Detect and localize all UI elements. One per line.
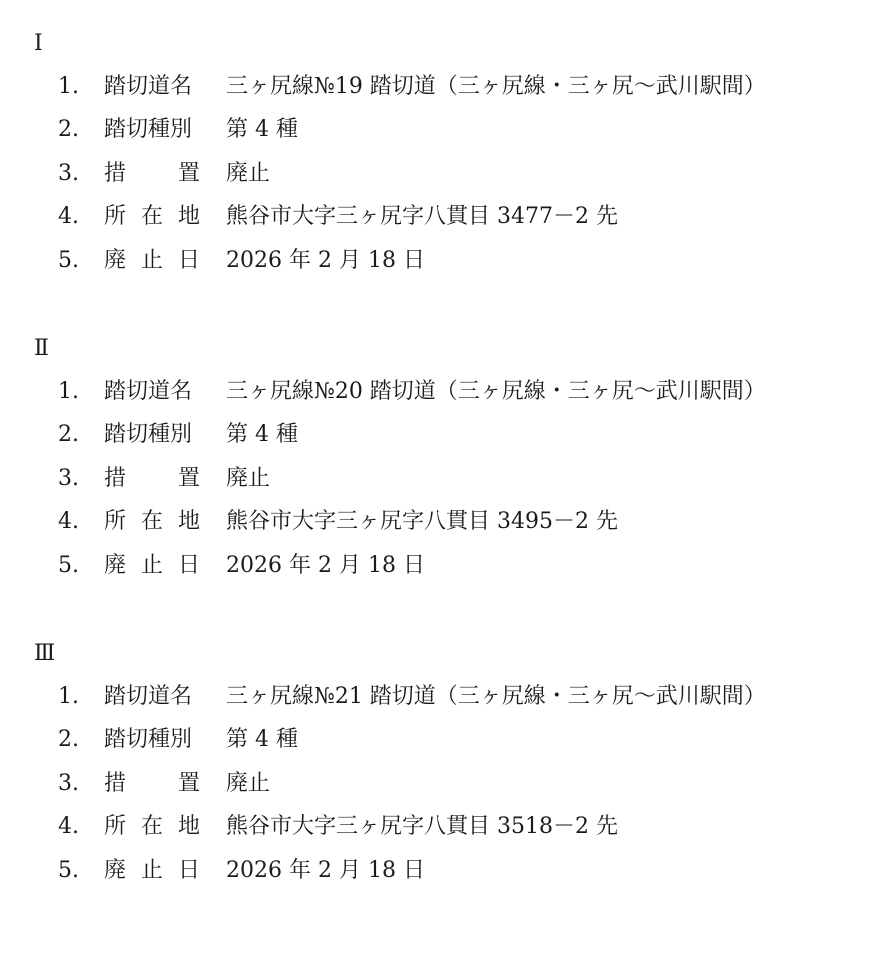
item-value: 第 4 種 [226,420,298,450]
label-char: 在 [141,507,163,537]
section-heading: Ⅰ [34,28,43,58]
item-value: 2026 年 2 月 18 日 [226,856,425,886]
item-row-crossing-name: 1. 踏切道名 三ヶ尻線№21 踏切道（三ヶ尻線・三ヶ尻～武川駅間） [0,682,892,712]
item-label: 所在地 [104,812,200,842]
item-label: 措置 [104,464,200,494]
label-char: 所 [104,812,126,842]
item-row-location: 4. 所在地 熊谷市大字三ヶ尻字八貫目 3518－2 先 [0,812,892,842]
item-row-abolition-date: 5. 廃止日 2026 年 2 月 18 日 [0,551,892,581]
item-number: 4. [58,507,98,537]
item-value: 熊谷市大字三ヶ尻字八貫目 3518－2 先 [226,812,618,842]
label-char: 日 [178,856,200,886]
section-heading: Ⅱ [34,333,49,363]
label-char: 措 [104,769,126,799]
item-row-crossing-type: 2. 踏切種別 第 4 種 [0,725,892,755]
item-label: 踏切道名 [104,682,204,712]
item-label: 踏切種別 [104,115,204,145]
label-char: 在 [141,202,163,232]
label-char: 日 [178,551,200,581]
label-char: 日 [178,246,200,276]
item-value: 廃止 [226,464,270,494]
item-number: 3. [58,464,98,494]
item-value: 2026 年 2 月 18 日 [226,246,425,276]
label-char: 置 [178,464,200,494]
label-char: 所 [104,202,126,232]
item-number: 3. [58,159,98,189]
item-row-crossing-name: 1. 踏切道名 三ヶ尻線№19 踏切道（三ヶ尻線・三ヶ尻～武川駅間） [0,72,892,102]
item-label: 廃止日 [104,551,200,581]
document-page: Ⅰ 1. 踏切道名 三ヶ尻線№19 踏切道（三ヶ尻線・三ヶ尻～武川駅間） 2. … [0,0,892,958]
label-char: 置 [178,769,200,799]
item-number: 2. [58,115,98,145]
item-row-location: 4. 所在地 熊谷市大字三ヶ尻字八貫目 3495－2 先 [0,507,892,537]
item-value: 廃止 [226,159,270,189]
item-value: 三ヶ尻線№21 踏切道（三ヶ尻線・三ヶ尻～武川駅間） [226,682,766,712]
item-value: 廃止 [226,769,270,799]
item-number: 4. [58,202,98,232]
item-row-measure: 3. 措置 廃止 [0,159,892,189]
label-char: 止 [141,856,163,886]
item-number: 4. [58,812,98,842]
item-label: 踏切種別 [104,725,204,755]
item-label: 措置 [104,159,200,189]
label-char: 地 [178,812,200,842]
item-row-abolition-date: 5. 廃止日 2026 年 2 月 18 日 [0,246,892,276]
item-value: 第 4 種 [226,115,298,145]
item-number: 1. [58,682,98,712]
label-char: 置 [178,159,200,189]
item-number: 5. [58,551,98,581]
label-char: 地 [178,202,200,232]
item-row-abolition-date: 5. 廃止日 2026 年 2 月 18 日 [0,856,892,886]
label-char: 廃 [104,856,126,886]
item-number: 5. [58,856,98,886]
item-row-crossing-name: 1. 踏切道名 三ヶ尻線№20 踏切道（三ヶ尻線・三ヶ尻～武川駅間） [0,377,892,407]
label-char: 地 [178,507,200,537]
item-label: 踏切道名 [104,377,204,407]
item-label: 踏切道名 [104,72,204,102]
item-value: 三ヶ尻線№19 踏切道（三ヶ尻線・三ヶ尻～武川駅間） [226,72,766,102]
label-char: 止 [141,551,163,581]
item-value: 三ヶ尻線№20 踏切道（三ヶ尻線・三ヶ尻～武川駅間） [226,377,766,407]
item-row-crossing-type: 2. 踏切種別 第 4 種 [0,420,892,450]
item-number: 1. [58,377,98,407]
label-char: 廃 [104,551,126,581]
item-row-crossing-type: 2. 踏切種別 第 4 種 [0,115,892,145]
label-char: 措 [104,159,126,189]
item-value: 2026 年 2 月 18 日 [226,551,425,581]
item-label: 廃止日 [104,856,200,886]
item-row-measure: 3. 措置 廃止 [0,769,892,799]
label-char: 措 [104,464,126,494]
item-value: 熊谷市大字三ヶ尻字八貫目 3495－2 先 [226,507,618,537]
item-number: 3. [58,769,98,799]
item-value: 第 4 種 [226,725,298,755]
item-number: 5. [58,246,98,276]
section-heading: Ⅲ [34,638,55,668]
item-label: 措置 [104,769,200,799]
item-row-location: 4. 所在地 熊谷市大字三ヶ尻字八貫目 3477－2 先 [0,202,892,232]
label-char: 所 [104,507,126,537]
item-label: 所在地 [104,507,200,537]
label-char: 在 [141,812,163,842]
item-number: 1. [58,72,98,102]
item-row-measure: 3. 措置 廃止 [0,464,892,494]
item-number: 2. [58,420,98,450]
label-char: 止 [141,246,163,276]
item-label: 踏切種別 [104,420,204,450]
item-number: 2. [58,725,98,755]
item-value: 熊谷市大字三ヶ尻字八貫目 3477－2 先 [226,202,618,232]
item-label: 所在地 [104,202,200,232]
label-char: 廃 [104,246,126,276]
item-label: 廃止日 [104,246,200,276]
